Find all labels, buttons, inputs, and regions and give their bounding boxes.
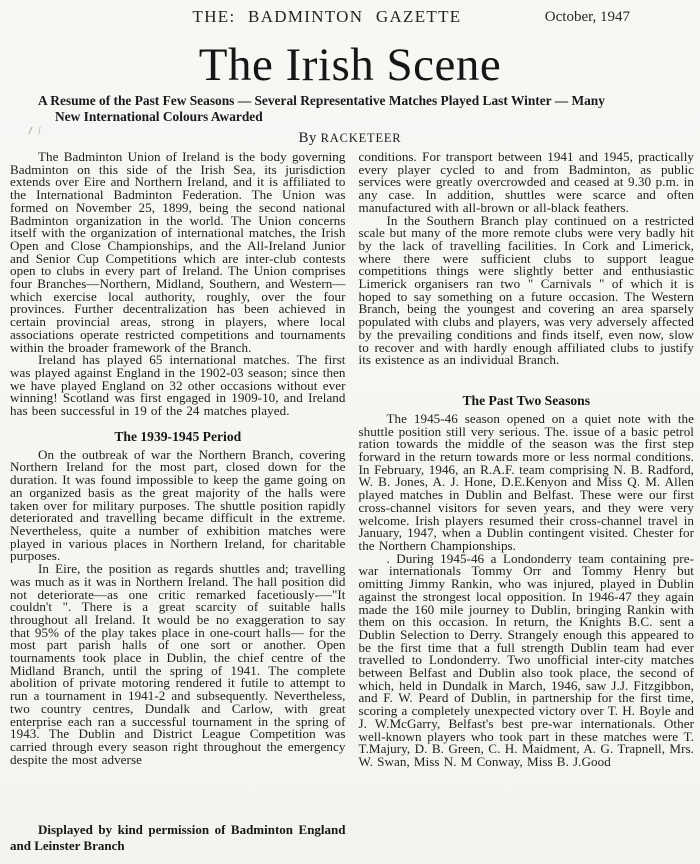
byline-prefix: By: [299, 130, 317, 146]
paragraph-1945-46-season: The 1945-46 season opened on a quiet not…: [359, 413, 695, 553]
section-heading-1939-1945-period: The 1939-1945 Period: [10, 429, 346, 445]
byline: By RACKETEER: [0, 129, 700, 147]
masthead: THE: BADMINTON GAZETTE October, 1947: [0, 7, 700, 33]
right-column: conditions. For transport between 1941 a…: [359, 151, 695, 769]
paragraph-union-overview: The Badminton Union of Ireland is the bo…: [10, 151, 346, 354]
permission-credit: Displayed by kind permission of Badminto…: [10, 822, 346, 854]
paragraph-transport-conditions: conditions. For transport between 1941 a…: [359, 151, 695, 215]
article-body: The Badminton Union of Ireland is the bo…: [0, 147, 700, 854]
masthead-date: October, 1947: [545, 9, 630, 26]
paragraph-eire-wartime: In Eire, the position as regards shuttle…: [10, 563, 346, 766]
subtitle-line-2: New International Colours Awarded: [38, 109, 664, 125]
byline-author: RACKETEER: [321, 131, 402, 145]
paragraph-londonderry-dublin-matches: . During 1945-46 a Londonderry team cont…: [359, 553, 695, 769]
article-title: The Irish Scene: [0, 42, 700, 88]
section-heading-past-two-seasons: The Past Two Seasons: [359, 393, 695, 409]
subtitle-line-1: A Resume of the Past Few Seasons — Sever…: [38, 93, 664, 109]
article-subtitle: A Resume of the Past Few Seasons — Sever…: [0, 93, 700, 125]
paragraph-northern-branch-wartime: On the outbreak of war the Northern Bran…: [10, 449, 346, 563]
gazette-page: THE: BADMINTON GAZETTE October, 1947 The…: [0, 0, 700, 864]
paragraph-international-record: Ireland has played 65 international matc…: [10, 354, 346, 418]
paragraph-southern-western-branches: In the Southern Branch play continued on…: [359, 215, 695, 367]
scan-artifact: [27, 127, 43, 134]
left-column: The Badminton Union of Ireland is the bo…: [10, 151, 346, 854]
